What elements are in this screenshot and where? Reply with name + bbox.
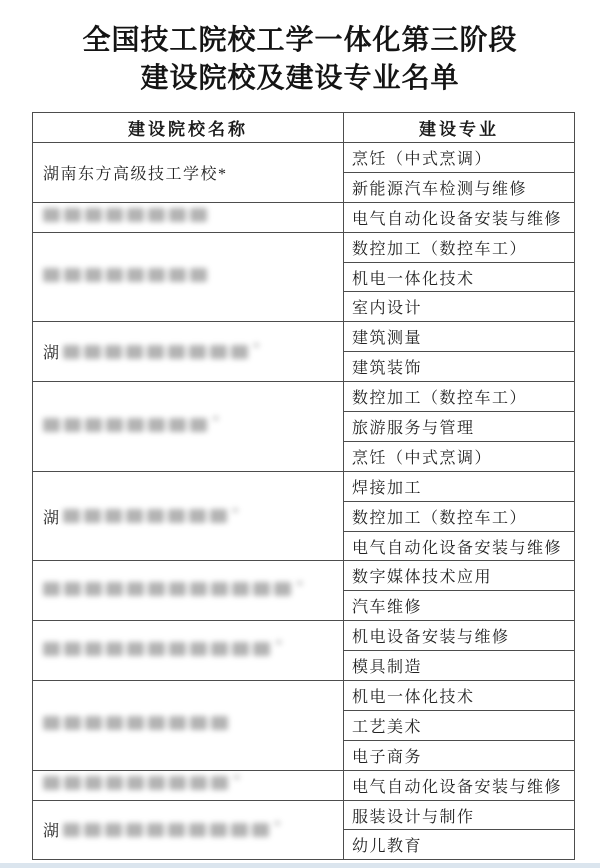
table-header-row: 建设院校名称 建设专业	[33, 113, 575, 143]
redaction-block	[169, 642, 186, 656]
major-cell: 旅游服务与管理	[344, 412, 575, 442]
redacted-asterisk: *	[275, 637, 284, 654]
major-cell: 电气自动化设备安装与维修	[344, 202, 575, 232]
redaction-blur-run	[43, 208, 211, 222]
redaction-block	[168, 823, 185, 837]
school-name-cell: 湖*	[33, 322, 344, 382]
redaction-block	[63, 345, 80, 359]
school-name-cell: 湖*	[33, 800, 344, 860]
redacted-asterisk: *	[232, 505, 241, 522]
redaction-block	[85, 208, 102, 222]
redaction-blur-run	[43, 716, 232, 730]
major-cell: 建筑装饰	[344, 352, 575, 382]
document-page: 全国技工院校工学一体化第三阶段 建设院校及建设专业名单 建设院校名称 建设专业 …	[0, 0, 600, 868]
table-body: 湖南东方高级技工学校*烹饪（中式烹调）新能源汽车检测与维修电气自动化设备安装与维…	[33, 143, 575, 860]
redaction-block	[85, 268, 102, 282]
redaction-block	[211, 642, 228, 656]
redaction-block	[106, 642, 123, 656]
major-cell: 服装设计与制作	[344, 800, 575, 830]
redaction-block	[253, 642, 270, 656]
redaction-block	[105, 345, 122, 359]
redaction-block	[169, 582, 186, 596]
redaction-block	[84, 345, 101, 359]
redaction-block	[148, 776, 165, 790]
column-header-school-name: 建设院校名称	[33, 113, 344, 143]
redaction-block	[43, 208, 60, 222]
redaction-block	[148, 208, 165, 222]
redaction-block	[105, 823, 122, 837]
redaction-blur-run: *	[63, 343, 262, 360]
school-name-visible-prefix: 湖	[43, 505, 61, 528]
table-row: 电气自动化设备安装与维修	[33, 202, 575, 232]
school-name-redacted: *	[43, 775, 242, 792]
major-cell: 机电一体化技术	[344, 262, 575, 292]
redaction-block	[252, 823, 269, 837]
redaction-block	[64, 208, 81, 222]
school-name-visible-prefix: 湖	[43, 818, 61, 841]
redaction-block	[190, 418, 207, 432]
redaction-block	[43, 268, 60, 282]
redaction-block	[147, 823, 164, 837]
redaction-block	[105, 509, 122, 523]
redaction-block	[211, 716, 228, 730]
major-cell: 幼儿教育	[344, 830, 575, 860]
school-name-cell: 湖南东方高级技工学校*	[33, 143, 344, 203]
major-cell: 数控加工（数控车工）	[344, 382, 575, 412]
redaction-block	[127, 582, 144, 596]
redacted-asterisk: *	[212, 413, 221, 430]
redaction-block	[274, 582, 291, 596]
redaction-block	[43, 418, 60, 432]
redaction-block	[85, 582, 102, 596]
redaction-block	[43, 642, 60, 656]
major-cell: 电气自动化设备安装与维修	[344, 531, 575, 561]
school-name-redacted: *	[43, 640, 284, 657]
redaction-block	[64, 716, 81, 730]
redaction-block	[85, 642, 102, 656]
school-name-redacted	[43, 716, 232, 730]
major-cell: 烹饪（中式烹调）	[344, 441, 575, 471]
school-name-redacted: 湖*	[43, 818, 283, 841]
redaction-block	[106, 208, 123, 222]
major-cell: 机电设备安装与维修	[344, 621, 575, 651]
redaction-block	[231, 823, 248, 837]
table-row: *机电设备安装与维修	[33, 621, 575, 651]
major-cell: 汽车维修	[344, 591, 575, 621]
school-name-redacted: 湖*	[43, 340, 262, 363]
redaction-blur-run: *	[63, 508, 241, 525]
major-cell: 数控加工（数控车工）	[344, 232, 575, 262]
redaction-block	[210, 823, 227, 837]
table-row: 机电一体化技术	[33, 681, 575, 711]
redaction-block	[232, 582, 249, 596]
page-bottom-strip	[0, 863, 600, 868]
redaction-block	[43, 716, 60, 730]
redaction-block	[126, 509, 143, 523]
redaction-block	[127, 716, 144, 730]
redaction-block	[147, 509, 164, 523]
redaction-block	[190, 776, 207, 790]
redaction-block	[190, 582, 207, 596]
redacted-asterisk: *	[253, 340, 262, 357]
redaction-block	[63, 823, 80, 837]
redaction-block	[211, 776, 228, 790]
redaction-block	[84, 823, 101, 837]
table-row: 湖南东方高级技工学校*烹饪（中式烹调）	[33, 143, 575, 173]
major-cell: 建筑测量	[344, 322, 575, 352]
document-title: 全国技工院校工学一体化第三阶段 建设院校及建设专业名单	[0, 22, 600, 98]
major-cell: 电子商务	[344, 740, 575, 770]
redaction-block	[64, 642, 81, 656]
redaction-block	[168, 509, 185, 523]
redaction-block	[106, 268, 123, 282]
school-name: 湖南东方高级技工学校*	[43, 161, 228, 184]
redaction-block	[126, 823, 143, 837]
redaction-block	[64, 582, 81, 596]
major-cell: 机电一体化技术	[344, 681, 575, 711]
table-row: 湖*焊接加工	[33, 471, 575, 501]
redaction-block	[190, 208, 207, 222]
redaction-block	[210, 345, 227, 359]
school-name-cell: *	[33, 770, 344, 800]
redaction-block	[190, 642, 207, 656]
redaction-block	[253, 582, 270, 596]
redaction-block	[64, 776, 81, 790]
major-cell: 室内设计	[344, 292, 575, 322]
school-name-cell: *	[33, 561, 344, 621]
redaction-block	[64, 268, 81, 282]
school-name-redacted	[43, 268, 211, 282]
redaction-blur-run: *	[43, 640, 284, 657]
school-name-cell: *	[33, 382, 344, 472]
major-cell: 烹饪（中式烹调）	[344, 143, 575, 173]
redaction-block	[84, 509, 101, 523]
redaction-block	[127, 776, 144, 790]
redaction-block	[190, 268, 207, 282]
school-name-text: 湖南东方高级技工学校*	[43, 161, 228, 184]
redaction-block	[210, 509, 227, 523]
school-name-redacted: *	[43, 581, 305, 598]
school-name-visible-prefix: 湖	[43, 340, 61, 363]
major-cell: 电气自动化设备安装与维修	[344, 770, 575, 800]
table-row: 湖*服装设计与制作	[33, 800, 575, 830]
redaction-block	[168, 345, 185, 359]
redaction-block	[64, 418, 81, 432]
redaction-block	[85, 418, 102, 432]
table-row: *数控加工（数控车工）	[33, 382, 575, 412]
school-name-redacted: 湖*	[43, 505, 241, 528]
redaction-block	[147, 345, 164, 359]
redaction-block	[127, 268, 144, 282]
redacted-asterisk: *	[274, 818, 283, 835]
major-cell: 数控加工（数控车工）	[344, 501, 575, 531]
school-name-cell	[33, 681, 344, 771]
redaction-block	[189, 345, 206, 359]
document-title-line2: 建设院校及建设专业名单	[0, 60, 600, 98]
redaction-block	[106, 418, 123, 432]
redaction-block	[148, 582, 165, 596]
redaction-block	[169, 716, 186, 730]
redaction-block	[169, 418, 186, 432]
major-cell: 新能源汽车检测与维修	[344, 172, 575, 202]
table-row: 数控加工（数控车工）	[33, 232, 575, 262]
redaction-blur-run	[43, 268, 211, 282]
redaction-block	[127, 642, 144, 656]
redaction-block	[126, 345, 143, 359]
redaction-blur-run: *	[63, 821, 283, 838]
school-name-cell: *	[33, 621, 344, 681]
redaction-block	[148, 642, 165, 656]
school-name-cell	[33, 202, 344, 232]
redaction-block	[148, 268, 165, 282]
redaction-block	[148, 716, 165, 730]
redaction-block	[148, 418, 165, 432]
major-cell: 焊接加工	[344, 471, 575, 501]
school-name-cell: 湖*	[33, 471, 344, 561]
redaction-block	[43, 776, 60, 790]
redaction-block	[106, 776, 123, 790]
redaction-block	[211, 582, 228, 596]
redaction-block	[43, 582, 60, 596]
redaction-block	[85, 716, 102, 730]
school-name-redacted	[43, 208, 211, 222]
table-row: *电气自动化设备安装与维修	[33, 770, 575, 800]
redaction-block	[106, 582, 123, 596]
redaction-block	[63, 509, 80, 523]
redaction-blur-run: *	[43, 581, 305, 598]
redaction-block	[232, 642, 249, 656]
redaction-block	[169, 776, 186, 790]
redaction-block	[189, 823, 206, 837]
schools-majors-table: 建设院校名称 建设专业 湖南东方高级技工学校*烹饪（中式烹调）新能源汽车检测与维…	[32, 112, 575, 860]
redacted-asterisk: *	[233, 772, 242, 789]
redaction-block	[127, 208, 144, 222]
redacted-asterisk: *	[296, 578, 305, 595]
table-row: 湖*建筑测量	[33, 322, 575, 352]
redaction-block	[189, 509, 206, 523]
redaction-block	[127, 418, 144, 432]
redaction-block	[106, 716, 123, 730]
redaction-block	[169, 208, 186, 222]
school-name-cell	[33, 232, 344, 322]
school-name-redacted: *	[43, 416, 221, 433]
redaction-blur-run: *	[43, 775, 242, 792]
table-row: *数字媒体技术应用	[33, 561, 575, 591]
redaction-block	[190, 716, 207, 730]
redaction-block	[169, 268, 186, 282]
redaction-blur-run: *	[43, 416, 221, 433]
redaction-block	[85, 776, 102, 790]
major-cell: 工艺美术	[344, 710, 575, 740]
document-title-line1: 全国技工院校工学一体化第三阶段	[0, 22, 600, 60]
redaction-block	[231, 345, 248, 359]
major-cell: 模具制造	[344, 651, 575, 681]
major-cell: 数字媒体技术应用	[344, 561, 575, 591]
column-header-major: 建设专业	[344, 113, 575, 143]
